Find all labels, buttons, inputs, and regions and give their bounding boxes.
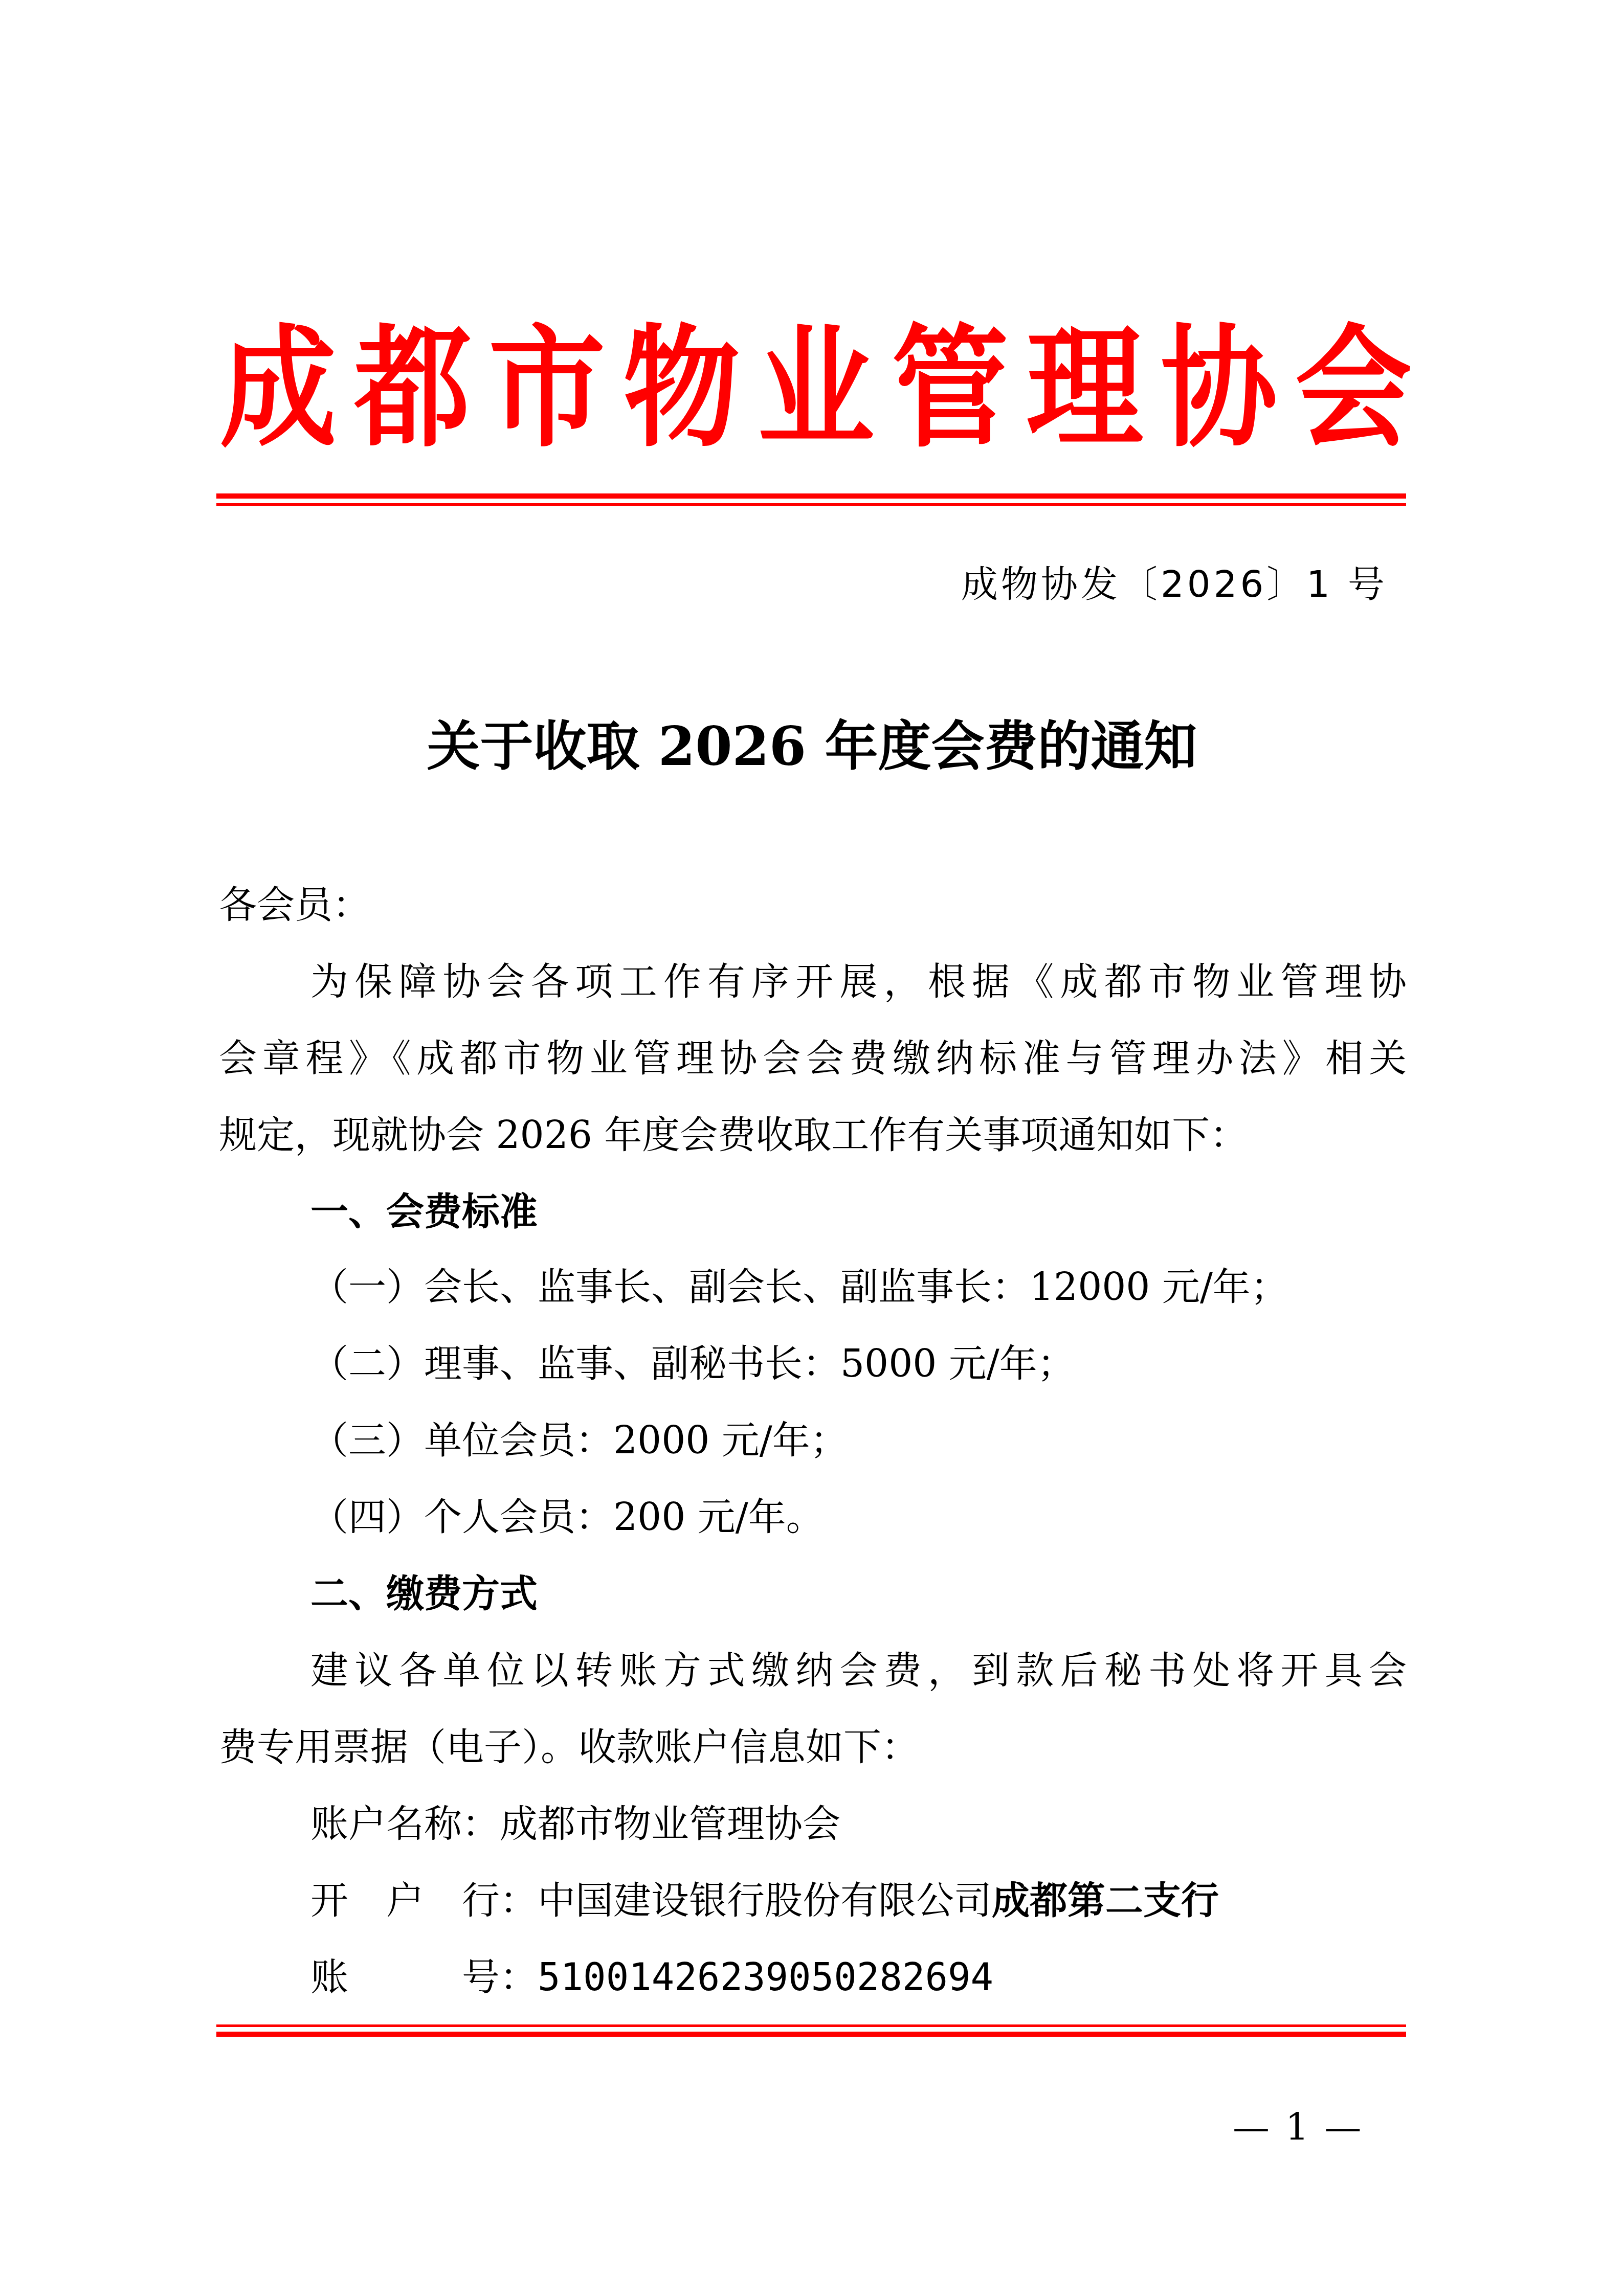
masthead-org-name: 成都市物业管理协会	[220, 299, 1412, 477]
footer-rule-thick	[216, 2032, 1406, 2037]
intro-line-3: 规定，现就协会 2026 年度会费收取工作有关事项通知如下：	[219, 1107, 1407, 1163]
account-number-row: 账 号：51001426239050282694	[219, 1949, 1407, 2006]
section-heading-fee-standard: 一、会费标准	[219, 1184, 1407, 1240]
fee-item-2: （二）理事、监事、副秘书长：5000 元/年；	[219, 1336, 1407, 1392]
fee-item-3: （三）单位会员：2000 元/年；	[219, 1412, 1407, 1469]
intro-line-1: 为保障协会各项工作有序开展，根据《成都市物业管理协	[219, 954, 1407, 1010]
account-name-row: 账户名称：成都市物业管理协会	[219, 1796, 1407, 1852]
payment-line-1: 建议各单位以转账方式缴纳会费，到款后秘书处将开具会	[219, 1642, 1407, 1699]
document-number: 成物协发〔2026〕1 号	[961, 558, 1388, 610]
account-number-value: 51001426239050282694	[538, 1955, 993, 1999]
account-name-value: 成都市物业管理协会	[500, 1802, 840, 1846]
fee-item-4: （四）个人会员：200 元/年。	[219, 1489, 1407, 1545]
payment-line-2: 费专用票据（电子）。收款账户信息如下：	[219, 1719, 1407, 1775]
account-name-label: 账户名称：	[310, 1802, 500, 1846]
footer-rule-thin	[216, 2024, 1406, 2027]
section-heading-payment-method: 二、缴费方式	[219, 1566, 1407, 1622]
page-number: — 1 —	[1233, 2102, 1364, 2153]
account-number-label: 账 号：	[310, 1955, 538, 1999]
fee-item-1: （一）会长、监事长、副会长、副监事长：12000 元/年；	[219, 1259, 1407, 1315]
masthead-rule-thin	[216, 503, 1406, 506]
account-bank-label: 开 户 行：	[310, 1879, 538, 1923]
notice-title: 关于收取 2026 年度会费的通知	[0, 713, 1624, 780]
account-bank-value: 中国建设银行股份有限公司	[538, 1879, 992, 1923]
masthead-rule-thick	[216, 493, 1406, 499]
account-bank-row: 开 户 行：中国建设银行股份有限公司成都第二支行	[219, 1873, 1407, 1929]
salutation: 各会员：	[219, 877, 1407, 933]
account-bank-branch: 成都第二支行	[992, 1879, 1219, 1923]
intro-line-2: 会章程》《成都市物业管理协会会费缴纳标准与管理办法》相关	[219, 1030, 1407, 1087]
